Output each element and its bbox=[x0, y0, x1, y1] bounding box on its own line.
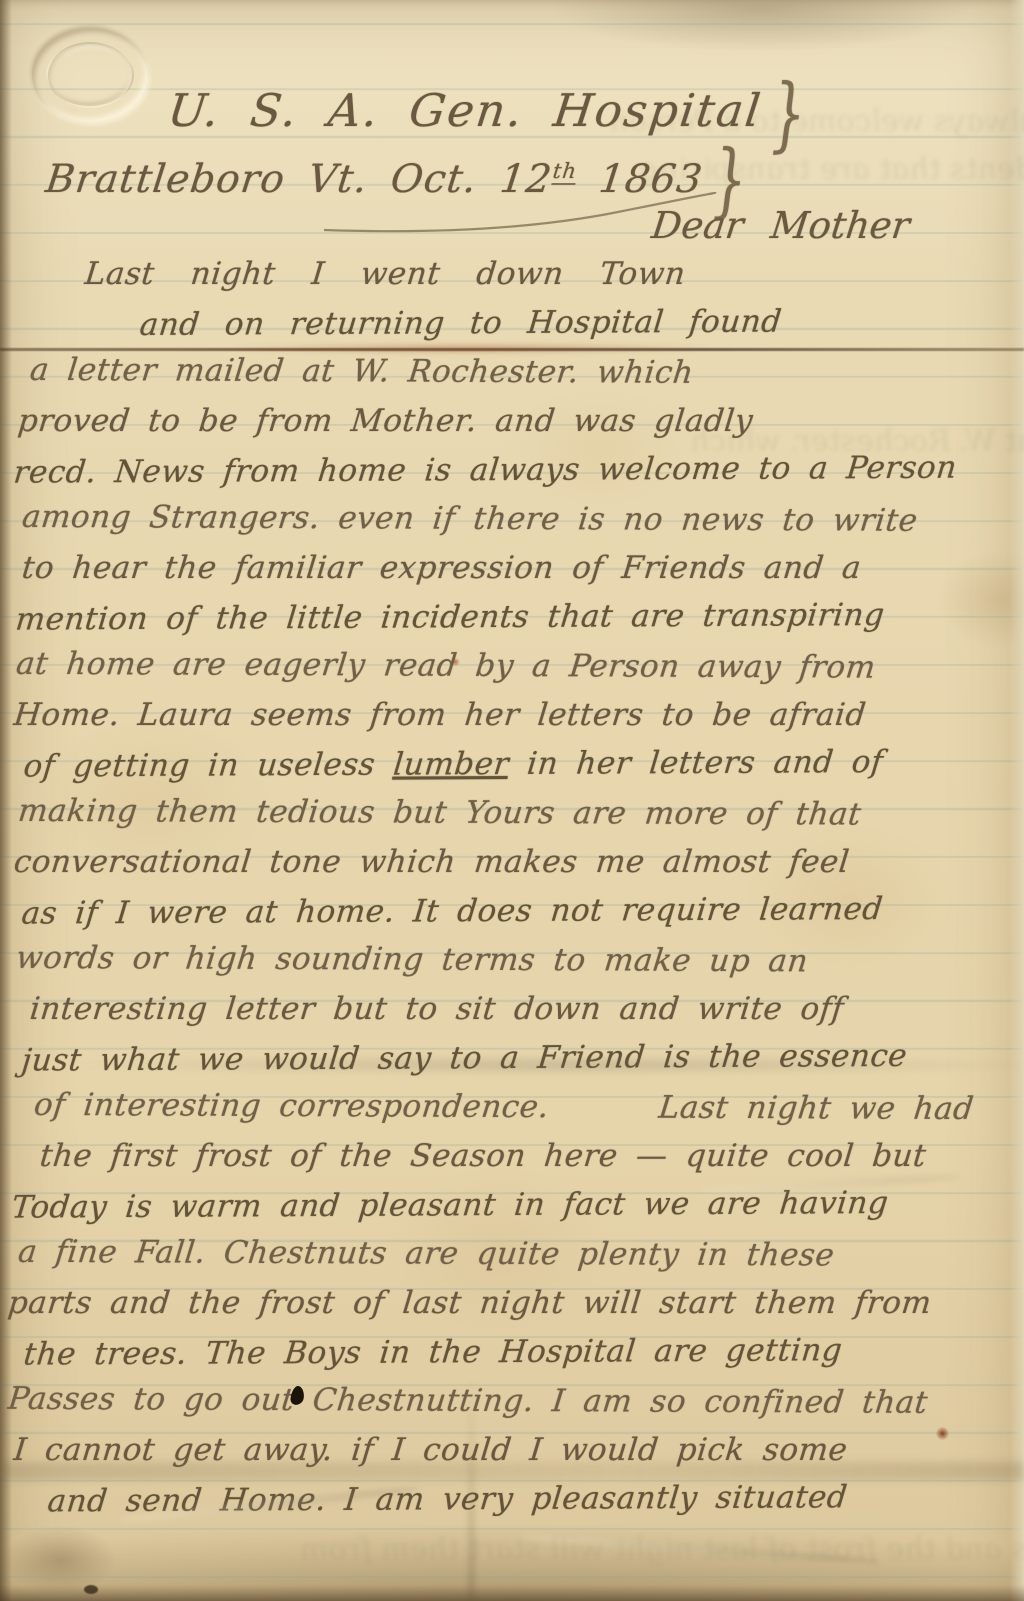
letter-line: to hear the familiar expression of Frien… bbox=[0, 544, 1024, 593]
letter-page: recd. News from home is always welcome t… bbox=[0, 0, 1024, 1601]
line-text: in her letters and of bbox=[507, 744, 885, 782]
vertical-crease bbox=[468, 1380, 475, 1601]
paper-edge-shadow-bottom bbox=[0, 1585, 1024, 1601]
greeting: Dear Mother bbox=[649, 204, 912, 247]
letter-line: parts and the frost of last night will s… bbox=[0, 1279, 1024, 1328]
letter-line: among Strangers. even if there is no new… bbox=[0, 493, 1024, 546]
letter-line: conversational tone which makes me almos… bbox=[0, 838, 1024, 887]
embossed-seal bbox=[32, 28, 148, 122]
letter-line: the trees. The Boys in the Hospital are … bbox=[0, 1325, 1024, 1379]
letter-line: recd. News from home is always welcome t… bbox=[0, 443, 1024, 497]
letter-line: as if I were at home. It does not requir… bbox=[0, 884, 1024, 938]
flourish-brace: } bbox=[766, 66, 814, 161]
crease-stain bbox=[230, 343, 710, 354]
letter-line: interesting letter but to sit down and w… bbox=[0, 985, 1024, 1034]
letter-line: making them tedious but Yours are more o… bbox=[0, 787, 1024, 840]
letter-line: Passes to go out Chestnutting. I am so c… bbox=[0, 1375, 1024, 1428]
letter-line-underlined-lumber: of getting in useless lumber in her lett… bbox=[0, 737, 1024, 791]
embossed-seal-core bbox=[48, 42, 132, 108]
underlined-word: lumber bbox=[392, 746, 511, 783]
letter-line: at home are eagerly read by a Person awa… bbox=[0, 640, 1024, 693]
letter-line: mention of the little incidents that are… bbox=[0, 590, 1024, 644]
dark-spot bbox=[84, 1585, 98, 1594]
rust-spot bbox=[451, 658, 460, 666]
fold-crease bbox=[0, 1462, 1024, 1480]
letter-line: of interesting correspondence. Last nigh… bbox=[0, 1081, 1024, 1134]
letter-line: a fine Fall. Chestnuts are quite plenty … bbox=[0, 1228, 1024, 1281]
letter-line: words or high sounding terms to make up … bbox=[0, 934, 1024, 987]
letterhead-line: U. S. A. Gen. Hospital} bbox=[164, 82, 812, 145]
rust-spot bbox=[936, 1427, 949, 1440]
letter-line: the first frost of the Season here — qui… bbox=[0, 1132, 1024, 1181]
letterhead-hospital: U. S. A. Gen. Hospital bbox=[165, 84, 765, 137]
line-text: of getting in useless bbox=[22, 747, 395, 785]
letter-line: proved to be from Mother. and was gladly bbox=[0, 397, 1024, 446]
fold-crease bbox=[0, 1052, 1024, 1078]
letter-line: Home. Laura seems from her letters to be… bbox=[0, 691, 1024, 740]
letter-body: Last night I went down Town and on retur… bbox=[0, 250, 1024, 1524]
date-ordinal-suffix: th bbox=[551, 159, 578, 185]
letter-line: Last night I went down Town bbox=[0, 250, 1024, 299]
letter-line: Today is warm and pleasant in fact we ar… bbox=[0, 1178, 1024, 1232]
